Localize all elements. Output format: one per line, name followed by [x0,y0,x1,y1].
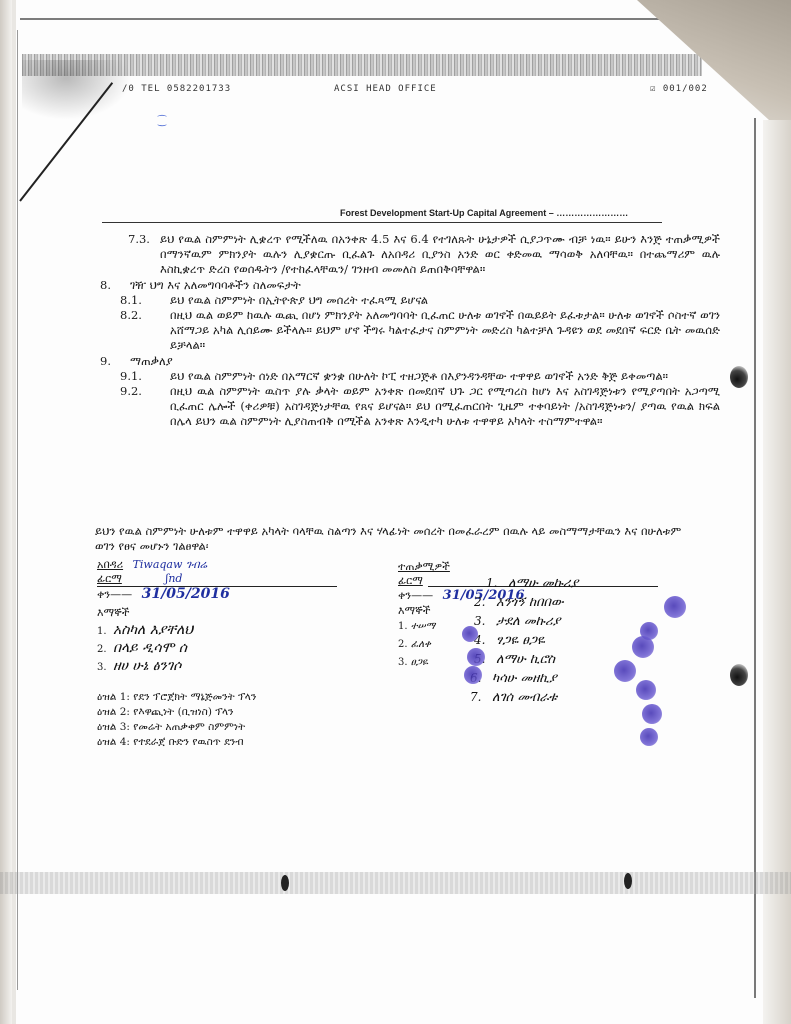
section-number: 9. [100,354,130,369]
beneficiary-member-list: 1.ለማሁ መኩሪያ2.እንጎኝ ከበበው3.ታደለ መኩሪያ4.ፃጋዬ ፀጋዬ… [478,576,578,709]
member-name: እንጎኝ ከበበው [496,595,563,610]
section-8: 8.ገዥ ህግ እና አለመግባባቶችን ስለመፍታት [100,278,720,293]
section-text: ማጠቃለያ [130,354,720,369]
witness-number: 1. [398,621,408,632]
section-8-1: 8.1.ይህ የዉል ስምምነት በኢትዮጵያ ህግ መሰረት ተፈጻሚ ይሆና… [100,293,720,308]
witness-name: ተሠማ [411,621,436,632]
lender-signature-label: ፊርማ [97,572,122,585]
section-7-3: 7.3.ይህ የዉል ስምምነት ሊቋረጥ የሚችለዉ በአንቀጽ 4.5 እና… [100,232,720,278]
section-number: 8.2. [120,308,170,354]
fax-office: ACSI HEAD OFFICE [334,84,437,94]
date-dashes: —— [411,589,433,602]
section-number: 9.2. [120,384,170,430]
fingerprint-stamp [636,680,656,700]
fingerprint-stamp [632,636,654,658]
member-number: 3. [474,614,496,628]
fingerprint-stamp [640,728,658,746]
fingerprint-stamp [467,648,485,666]
witness-number: 2. [97,644,113,655]
scan-right-border [754,118,756,998]
scan-blot [281,875,289,891]
witness-entry: 1. ተሠማ [398,618,435,636]
annex-item: ዕዝል 1: የደን ፕሮጀክት ማኔጅመንት ፕላን [97,690,256,705]
lender-date: 31/05/2016 [142,586,230,602]
annex-item: ዕዝል 2: የእዋጪነት (ቢዝነስ) ፕላን [97,705,256,720]
member-entry: 5.ለማሁ ኪሮስ [474,652,578,671]
annex-item: ዕዝል 4: የተደራጀ ቡድን የዉስጥ ደንብ [97,735,256,750]
scan-edge-left [0,0,12,1024]
member-name: ለገሰ መብራቱ [492,690,557,705]
member-entry: 2.እንጎኝ ከበበው [474,595,578,614]
closing-statement: ይህን የዉል ስምምነት ሁለቱም ተዋዋይ አካላት ባላቸዉ ስልጣን እ… [95,524,695,554]
pen-mark: ⁐ [158,116,166,127]
section-9: 9.ማጠቃለያ [100,354,720,369]
scan-left-border [17,30,18,990]
scan-noise-band [0,872,791,894]
section-text: በዚህ ዉል ስምምነት ዉስጥ ያሉ ቃላት ወይም አንቀጽ በመደበኛ ህ… [170,384,720,430]
fax-header: /0 TEL 0582201733 ACSI HEAD OFFICE ☑ 001… [122,84,762,98]
member-name: ታደለ መኩሪያ [496,614,560,629]
fax-smudge [22,60,132,120]
section-text: በዚህ ዉል ወይም ከዉሉ ዉጪ በሆነ ምክንያት አለመግባባት ቢፈጠር… [170,308,720,354]
hole-punch [730,664,748,686]
member-entry: 3.ታደለ መኩሪያ [474,614,578,633]
lender-signature-block: አበዳሪ Tiwaqaw ገብሬ ፊርማ ʃnd ቀን—— 31/05/2016… [97,558,357,620]
member-name: ለማሁ መኩሪያ [508,576,578,591]
witness-entry: 3.ዘሀ ሁኔ ፅንገሶ [97,658,193,676]
witness-name: አስካለ እያቸለህ [113,622,193,638]
section-text: ይህ የዉል ስምምነት ሊቋረጥ የሚችለዉ በአንቀጽ 4.5 እና 6.4… [160,232,720,278]
witness-entry: 3. ፀጋዬ [398,654,435,672]
beneficiaries-signature-label: ፊርማ [398,574,423,587]
fingerprint-stamp [664,596,686,618]
section-text: ገዥ ህግ እና አለመግባባቶችን ስለመፍታት [130,278,720,293]
fingerprint-stamp [614,660,636,682]
member-entry: 7.ለገሰ መብራቱ [470,690,578,709]
section-text: ይህ የዉል ስምምነት ሰነድ በአማርኛ ቋንቋ በሁለት ኮፒ ተዘጋጅቶ… [170,369,720,384]
scan-top-rule [20,18,680,20]
beneficiaries-witnesses-label: እማኞች [398,604,431,617]
member-entry: 4.ፃጋዬ ፀጋዬ [474,633,578,652]
section-number: 8.1. [120,293,170,308]
member-number: 1. [486,576,508,590]
witness-name: ፀጋዬ [411,657,428,668]
witness-entry: 1.አስካለ እያቸለህ [97,622,193,640]
section-number: 8. [100,278,130,293]
lender-witness-list: 1.አስካለ እያቸለህ2.በላይ ዲሳሞ ሰ3.ዘሀ ሁኔ ፅንገሶ [97,622,193,676]
annex-list: ዕዝል 1: የደን ፕሮጀክት ማኔጅመንት ፕላንዕዝል 2: የእዋጪነት… [97,690,256,750]
member-number: 7. [470,690,492,704]
lender-handwritten-name: Tiwaqaw ገብሬ [133,558,208,571]
date-dashes: —— [110,588,132,601]
fingerprint-stamp [464,666,482,684]
scan-edge-shadow [12,0,16,1024]
fax-page-number: ☑ 001/002 [650,84,708,94]
hole-punch [730,366,748,388]
witness-entry: 2.በላይ ዲሳሞ ሰ [97,640,193,658]
witness-name: በላይ ዲሳሞ ሰ [113,640,187,656]
section-9-2: 9.2.በዚህ ዉል ስምምነት ዉስጥ ያሉ ቃላት ወይም አንቀጽ በመደ… [100,384,720,430]
witness-name: ዘሀ ሁኔ ፅንገሶ [113,658,181,674]
witness-number: 1. [97,626,113,637]
member-name: ፃጋዬ ፀጋዬ [496,633,545,648]
witness-number: 2. [398,639,408,650]
scan-blot [624,873,632,889]
member-entry: 1.ለማሁ መኩሪያ [486,576,578,595]
member-entry: 6.ካሳሁ መዘኪያ [470,671,578,690]
witness-number: 3. [97,662,113,673]
member-number: 2. [474,595,496,609]
section-text: ይህ የዉል ስምምነት በኢትዮጵያ ህግ መሰረት ተፈጻሚ ይሆናል [170,293,720,308]
section-number: 7.3. [128,232,160,278]
witness-name: ፈለቀ [411,639,431,650]
witness-entry: 2. ፈለቀ [398,636,435,654]
lender-witnesses-label: እማኞች [97,606,130,619]
beneficiaries-witness-list: 1. ተሠማ2. ፈለቀ3. ፀጋዬ [398,618,435,672]
member-name: ካሳሁ መዘኪያ [492,671,557,686]
document-title: Forest Development Start-Up Capital Agre… [340,208,628,218]
beneficiaries-label: ተጠቃሚዎች [398,560,450,573]
section-8-2: 8.2.በዚህ ዉል ወይም ከዉሉ ዉጪ በሆነ ምክንያት አለመግባባት … [100,308,720,354]
witness-number: 3. [398,657,408,668]
title-rule [102,222,662,223]
section-number: 9.1. [120,369,170,384]
beneficiaries-signature-block: ተጠቃሚዎች ፊርማ ቀን—— 31/05/2016 እማኞች 1. ተሠማ2.… [398,560,698,618]
fingerprint-stamp [462,626,478,642]
lender-signature: ʃnd [165,572,182,585]
section-9-1: 9.1.ይህ የዉል ስምምነት ሰነድ በአማርኛ ቋንቋ በሁለት ኮፒ ተ… [100,369,720,384]
lender-date-label: ቀን [97,588,110,601]
fingerprint-stamp [642,704,662,724]
annex-item: ዕዝል 3: የመሬት አጠቃቀም ስምምነት [97,720,256,735]
member-name: ለማሁ ኪሮስ [496,652,555,667]
lender-label: አበዳሪ [97,558,123,571]
agreement-body: 7.3.ይህ የዉል ስምምነት ሊቋረጥ የሚችለዉ በአንቀጽ 4.5 እና… [100,232,720,430]
beneficiaries-date-label: ቀን [398,589,411,602]
fax-tel: /0 TEL 0582201733 [122,84,231,94]
